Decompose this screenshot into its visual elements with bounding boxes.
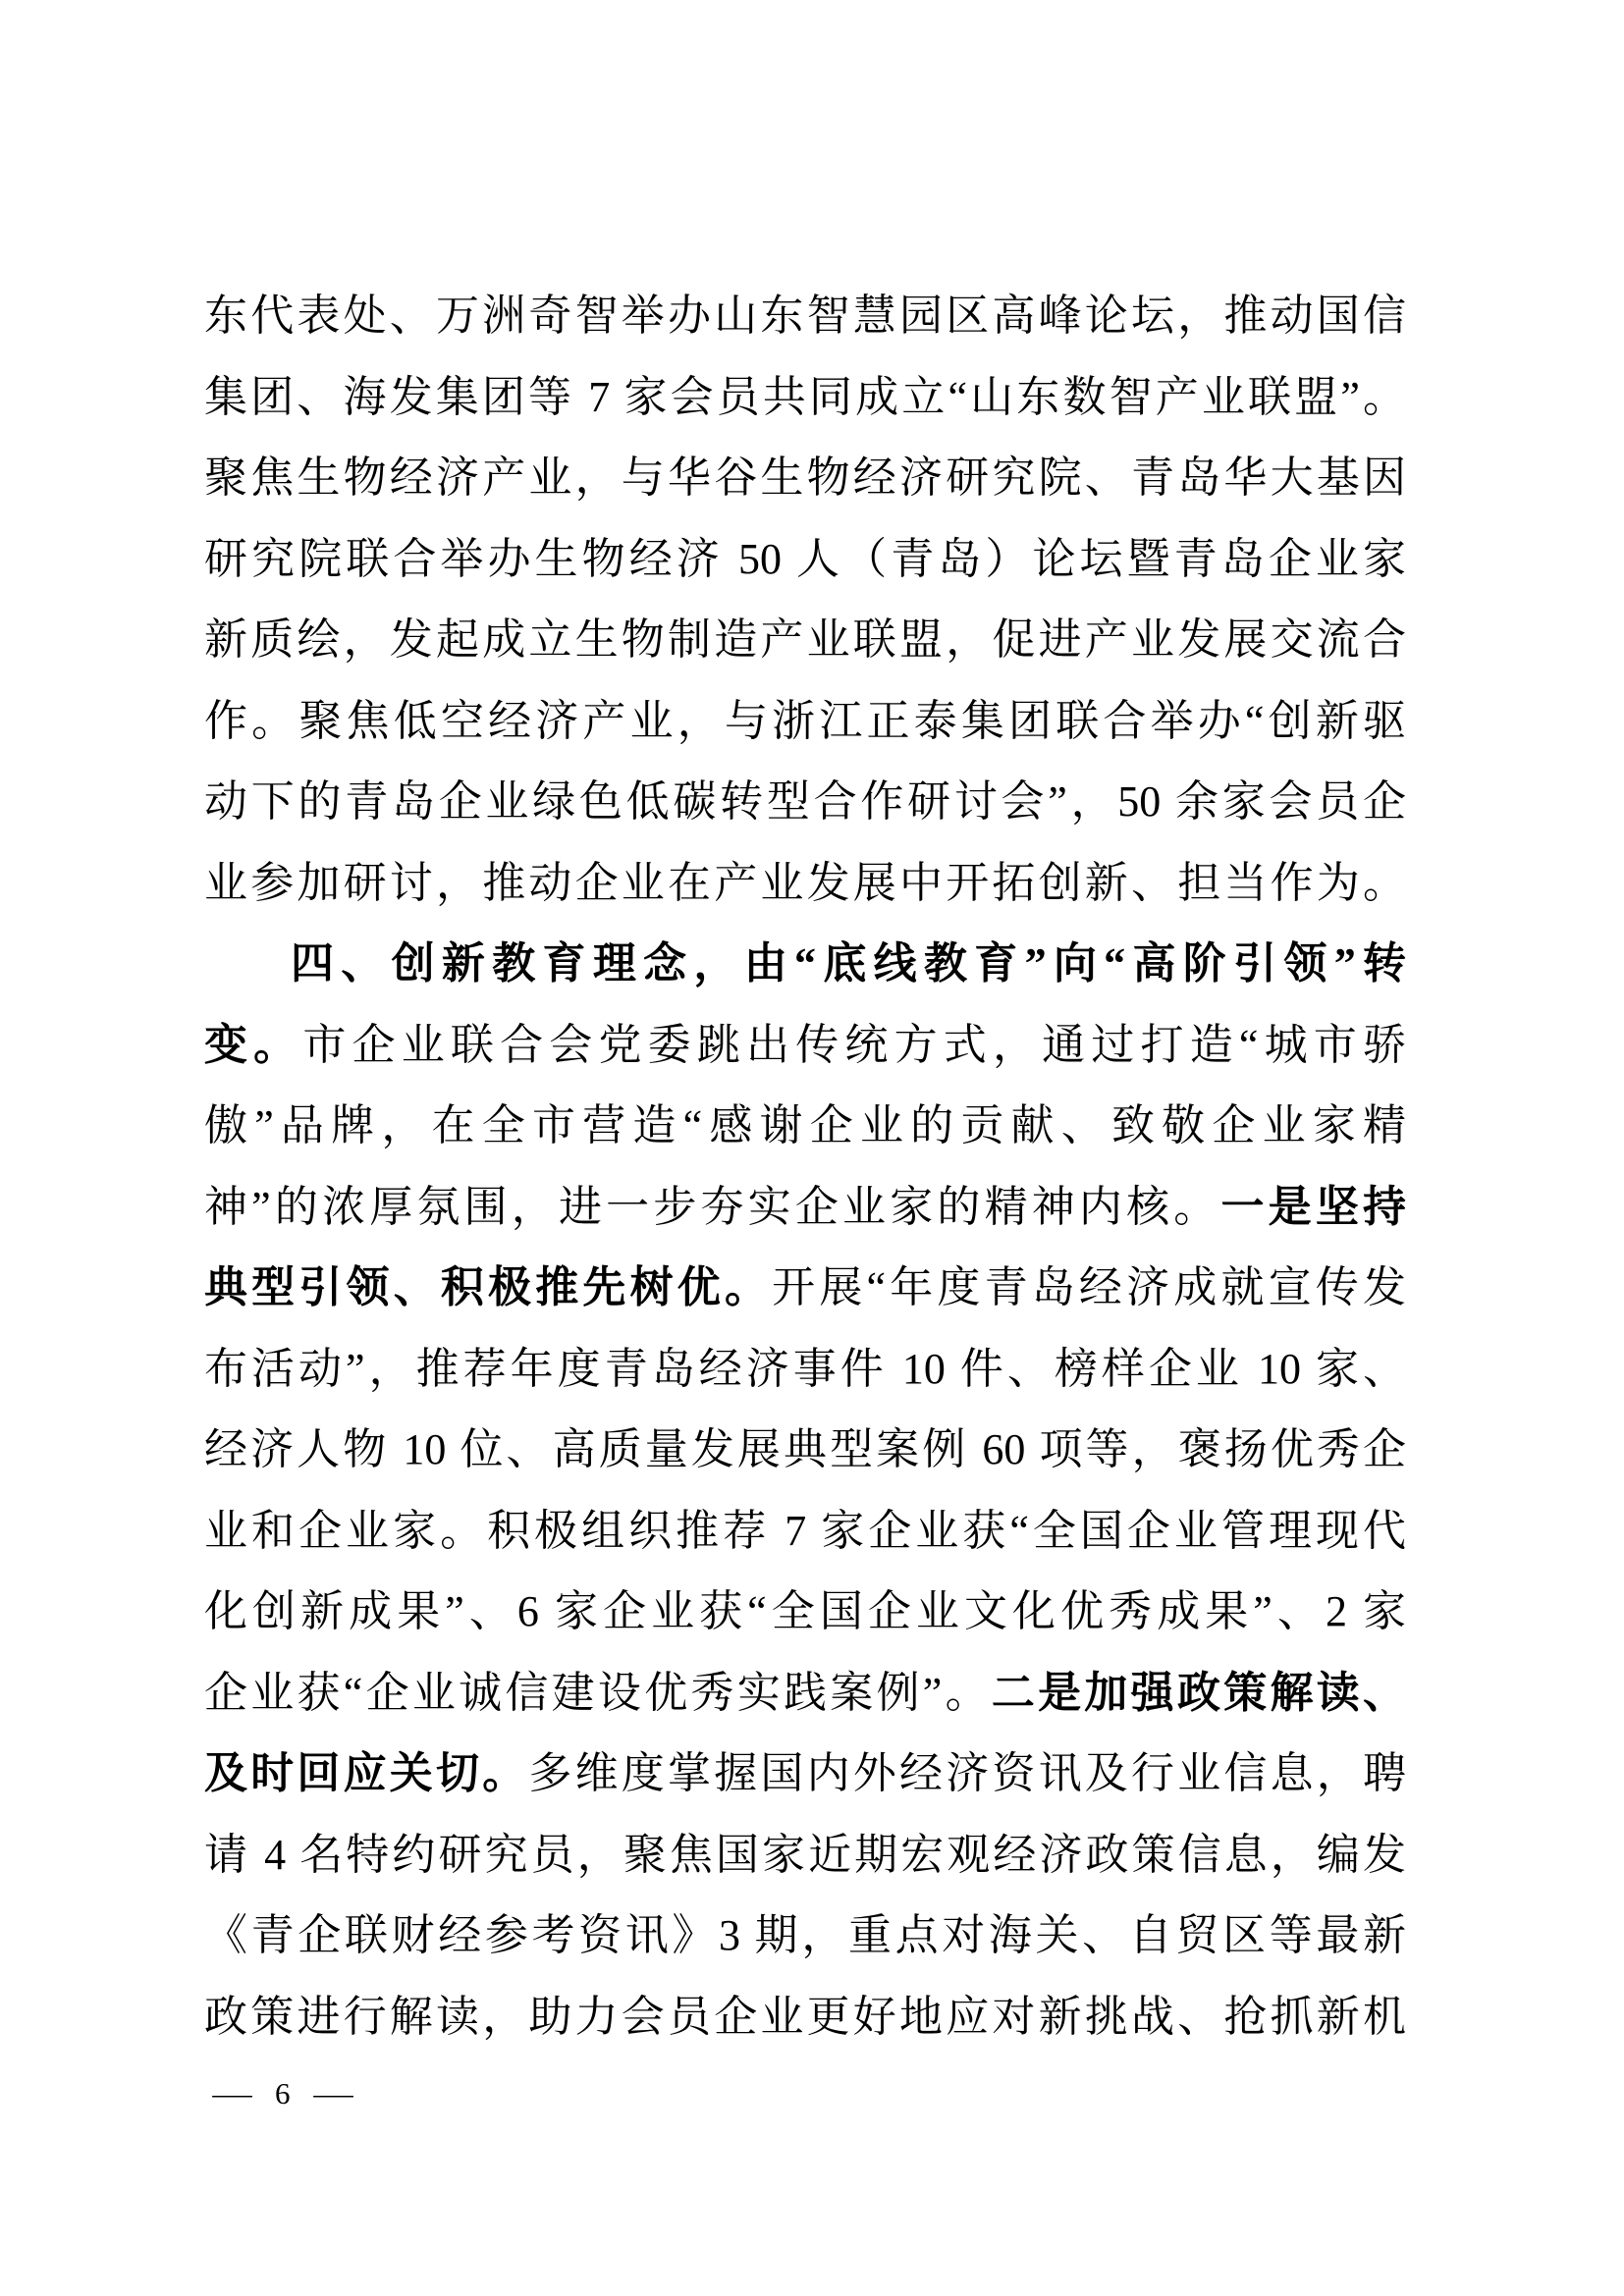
text-run: 聚焦生物经济产业，与华谷生物经济研究院、青岛华大基因: [204, 454, 1406, 502]
emphasis-run: 及时回应关切。: [204, 1749, 528, 1797]
text-run: 神”的浓厚氛围，进一步夯实企业家的精神内核。: [204, 1183, 1220, 1231]
heading-run: 四、创新教育理念，由“底线教育”向“高阶引领”转: [291, 939, 1406, 988]
text-line: 新质绘，发起成立生物制造产业联盟，促进产业发展交流合: [204, 600, 1406, 681]
text-line: 聚焦生物经济产业，与华谷生物经济研究院、青岛华大基因: [204, 438, 1406, 519]
text-run: 研究院联合举办生物经济 50 人（青岛）论坛暨青岛企业家: [204, 535, 1406, 583]
text-line: 及时回应关切。多维度掌握国内外经济资讯及行业信息，聘: [204, 1734, 1406, 1815]
text-run: 作。聚焦低空经济产业，与浙江正泰集团联合举办“创新驱: [204, 697, 1406, 745]
text-line: 傲”品牌，在全市营造“感谢企业的贡献、致敬企业家精: [204, 1086, 1406, 1167]
text-line: 神”的浓厚氛围，进一步夯实企业家的精神内核。一是坚持: [204, 1167, 1406, 1249]
text-line: 业参加研讨，推动企业在产业发展中开拓创新、担当作为。: [204, 843, 1406, 925]
paragraph: 东代表处、万洲奇智举办山东智慧园区高峰论坛，推动国信 集团、海发集团等 7 家会…: [204, 276, 1406, 924]
text-run: 业和企业家。积极组织推荐 7 家企业获“全国企业管理现代: [204, 1507, 1406, 1555]
section-heading-line: 四、创新教育理念，由“底线教育”向“高阶引领”转: [204, 924, 1406, 1005]
text-line: 作。聚焦低空经济产业，与浙江正泰集团联合举办“创新驱: [204, 681, 1406, 763]
text-run: 傲”品牌，在全市营造“感谢企业的贡献、致敬企业家精: [204, 1101, 1406, 1149]
text-run: 经济人物 10 位、高质量发展典型案例 60 项等，褒扬优秀企: [204, 1425, 1406, 1473]
text-line: 化创新成果”、6 家企业获“全国企业文化优秀成果”、2 家: [204, 1572, 1406, 1653]
text-run: 《青企联财经参考资讯》3 期，重点对海关、自贸区等最新: [204, 1911, 1406, 1959]
text-block: 东代表处、万洲奇智举办山东智慧园区高峰论坛，推动国信 集团、海发集团等 7 家会…: [204, 276, 1406, 2057]
text-run: 化创新成果”、6 家企业获“全国企业文化优秀成果”、2 家: [204, 1587, 1406, 1635]
text-line: 变。市企业联合会党委跳出传统方式，通过打造“城市骄: [204, 1005, 1406, 1087]
page-number: 6: [275, 2074, 291, 2113]
text-run: 布活动”，推荐年度青岛经济事件 10 件、榜样企业 10 家、: [204, 1345, 1406, 1393]
document-page: 东代表处、万洲奇智举办山东智慧园区高峰论坛，推动国信 集团、海发集团等 7 家会…: [0, 0, 1624, 2296]
text-run: 政策进行解读，助力会员企业更好地应对新挑战、抢抓新机: [204, 1993, 1406, 2041]
text-run: 企业获“企业诚信建设优秀实践案例”。: [204, 1669, 992, 1717]
emphasis-run: 一是坚持: [1220, 1183, 1406, 1231]
text-line: 业和企业家。积极组织推荐 7 家企业获“全国企业管理现代: [204, 1491, 1406, 1573]
emphasis-run: 二是加强政策解读、: [992, 1669, 1406, 1717]
text-line: 经济人物 10 位、高质量发展典型案例 60 项等，褒扬优秀企: [204, 1410, 1406, 1491]
text-run: 动下的青岛企业绿色低碳转型合作研讨会”，50 余家会员企: [204, 777, 1406, 826]
text-run: 集团、海发集团等 7 家会员共同成立“山东数智产业联盟”。: [204, 373, 1406, 421]
text-line: 动下的青岛企业绿色低碳转型合作研讨会”，50 余家会员企: [204, 762, 1406, 843]
text-line: 《青企联财经参考资讯》3 期，重点对海关、自贸区等最新: [204, 1896, 1406, 1977]
text-run: 东代表处、万洲奇智举办山东智慧园区高峰论坛，推动国信: [204, 292, 1406, 340]
heading-run: 变。: [204, 1021, 302, 1069]
footer-right-dash: —: [313, 2074, 352, 2113]
emphasis-run: 典型引领、积极推先树优。: [204, 1263, 772, 1311]
text-line: 企业获“企业诚信建设优秀实践案例”。二是加强政策解读、: [204, 1653, 1406, 1735]
text-line: 布活动”，推荐年度青岛经济事件 10 件、榜样企业 10 家、: [204, 1329, 1406, 1411]
text-line: 典型引领、积极推先树优。开展“年度青岛经济成就宣传发: [204, 1248, 1406, 1329]
text-line: 集团、海发集团等 7 家会员共同成立“山东数智产业联盟”。: [204, 357, 1406, 439]
text-run: 请 4 名特约研究员，聚焦国家近期宏观经济政策信息，编发: [204, 1831, 1406, 1879]
text-line: 请 4 名特约研究员，聚焦国家近期宏观经济政策信息，编发: [204, 1815, 1406, 1896]
text-run: 业参加研讨，推动企业在产业发展中开拓创新、担当作为。: [204, 859, 1406, 907]
paragraph: 四、创新教育理念，由“底线教育”向“高阶引领”转 变。市企业联合会党委跳出传统方…: [204, 924, 1406, 2057]
text-line: 政策进行解读，助力会员企业更好地应对新挑战、抢抓新机: [204, 1977, 1406, 2058]
page-footer: — 6 —: [217, 2074, 349, 2113]
footer-left-dash: —: [212, 2074, 251, 2113]
text-line: 东代表处、万洲奇智举办山东智慧园区高峰论坛，推动国信: [204, 276, 1406, 357]
text-run: 多维度掌握国内外经济资讯及行业信息，聘: [528, 1749, 1406, 1797]
text-run: 市企业联合会党委跳出传统方式，通过打造“城市骄: [302, 1021, 1406, 1069]
text-run: 新质绘，发起成立生物制造产业联盟，促进产业发展交流合: [204, 615, 1406, 664]
text-line: 研究院联合举办生物经济 50 人（青岛）论坛暨青岛企业家: [204, 519, 1406, 601]
text-run: 开展“年度青岛经济成就宣传发: [772, 1263, 1406, 1311]
